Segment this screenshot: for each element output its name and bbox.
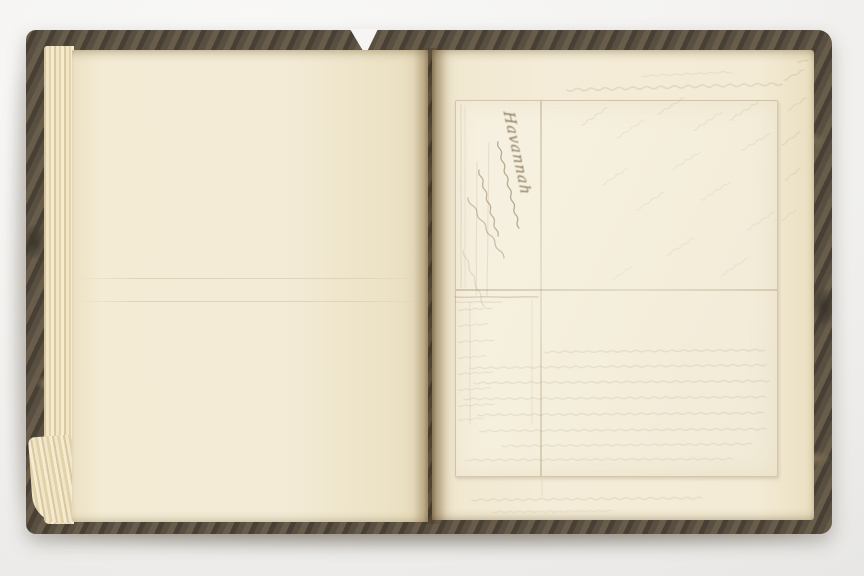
page-crease-line: [76, 301, 424, 302]
left-blank-page: [72, 50, 428, 522]
horizontal-fold-line: [456, 289, 777, 291]
inserted-folded-letter-sheet: [455, 100, 778, 477]
book-gutter-shadow: [414, 48, 452, 524]
photograph-of-open-manuscript-book: Havannah: [0, 0, 864, 576]
page-crease-line: [76, 278, 424, 279]
